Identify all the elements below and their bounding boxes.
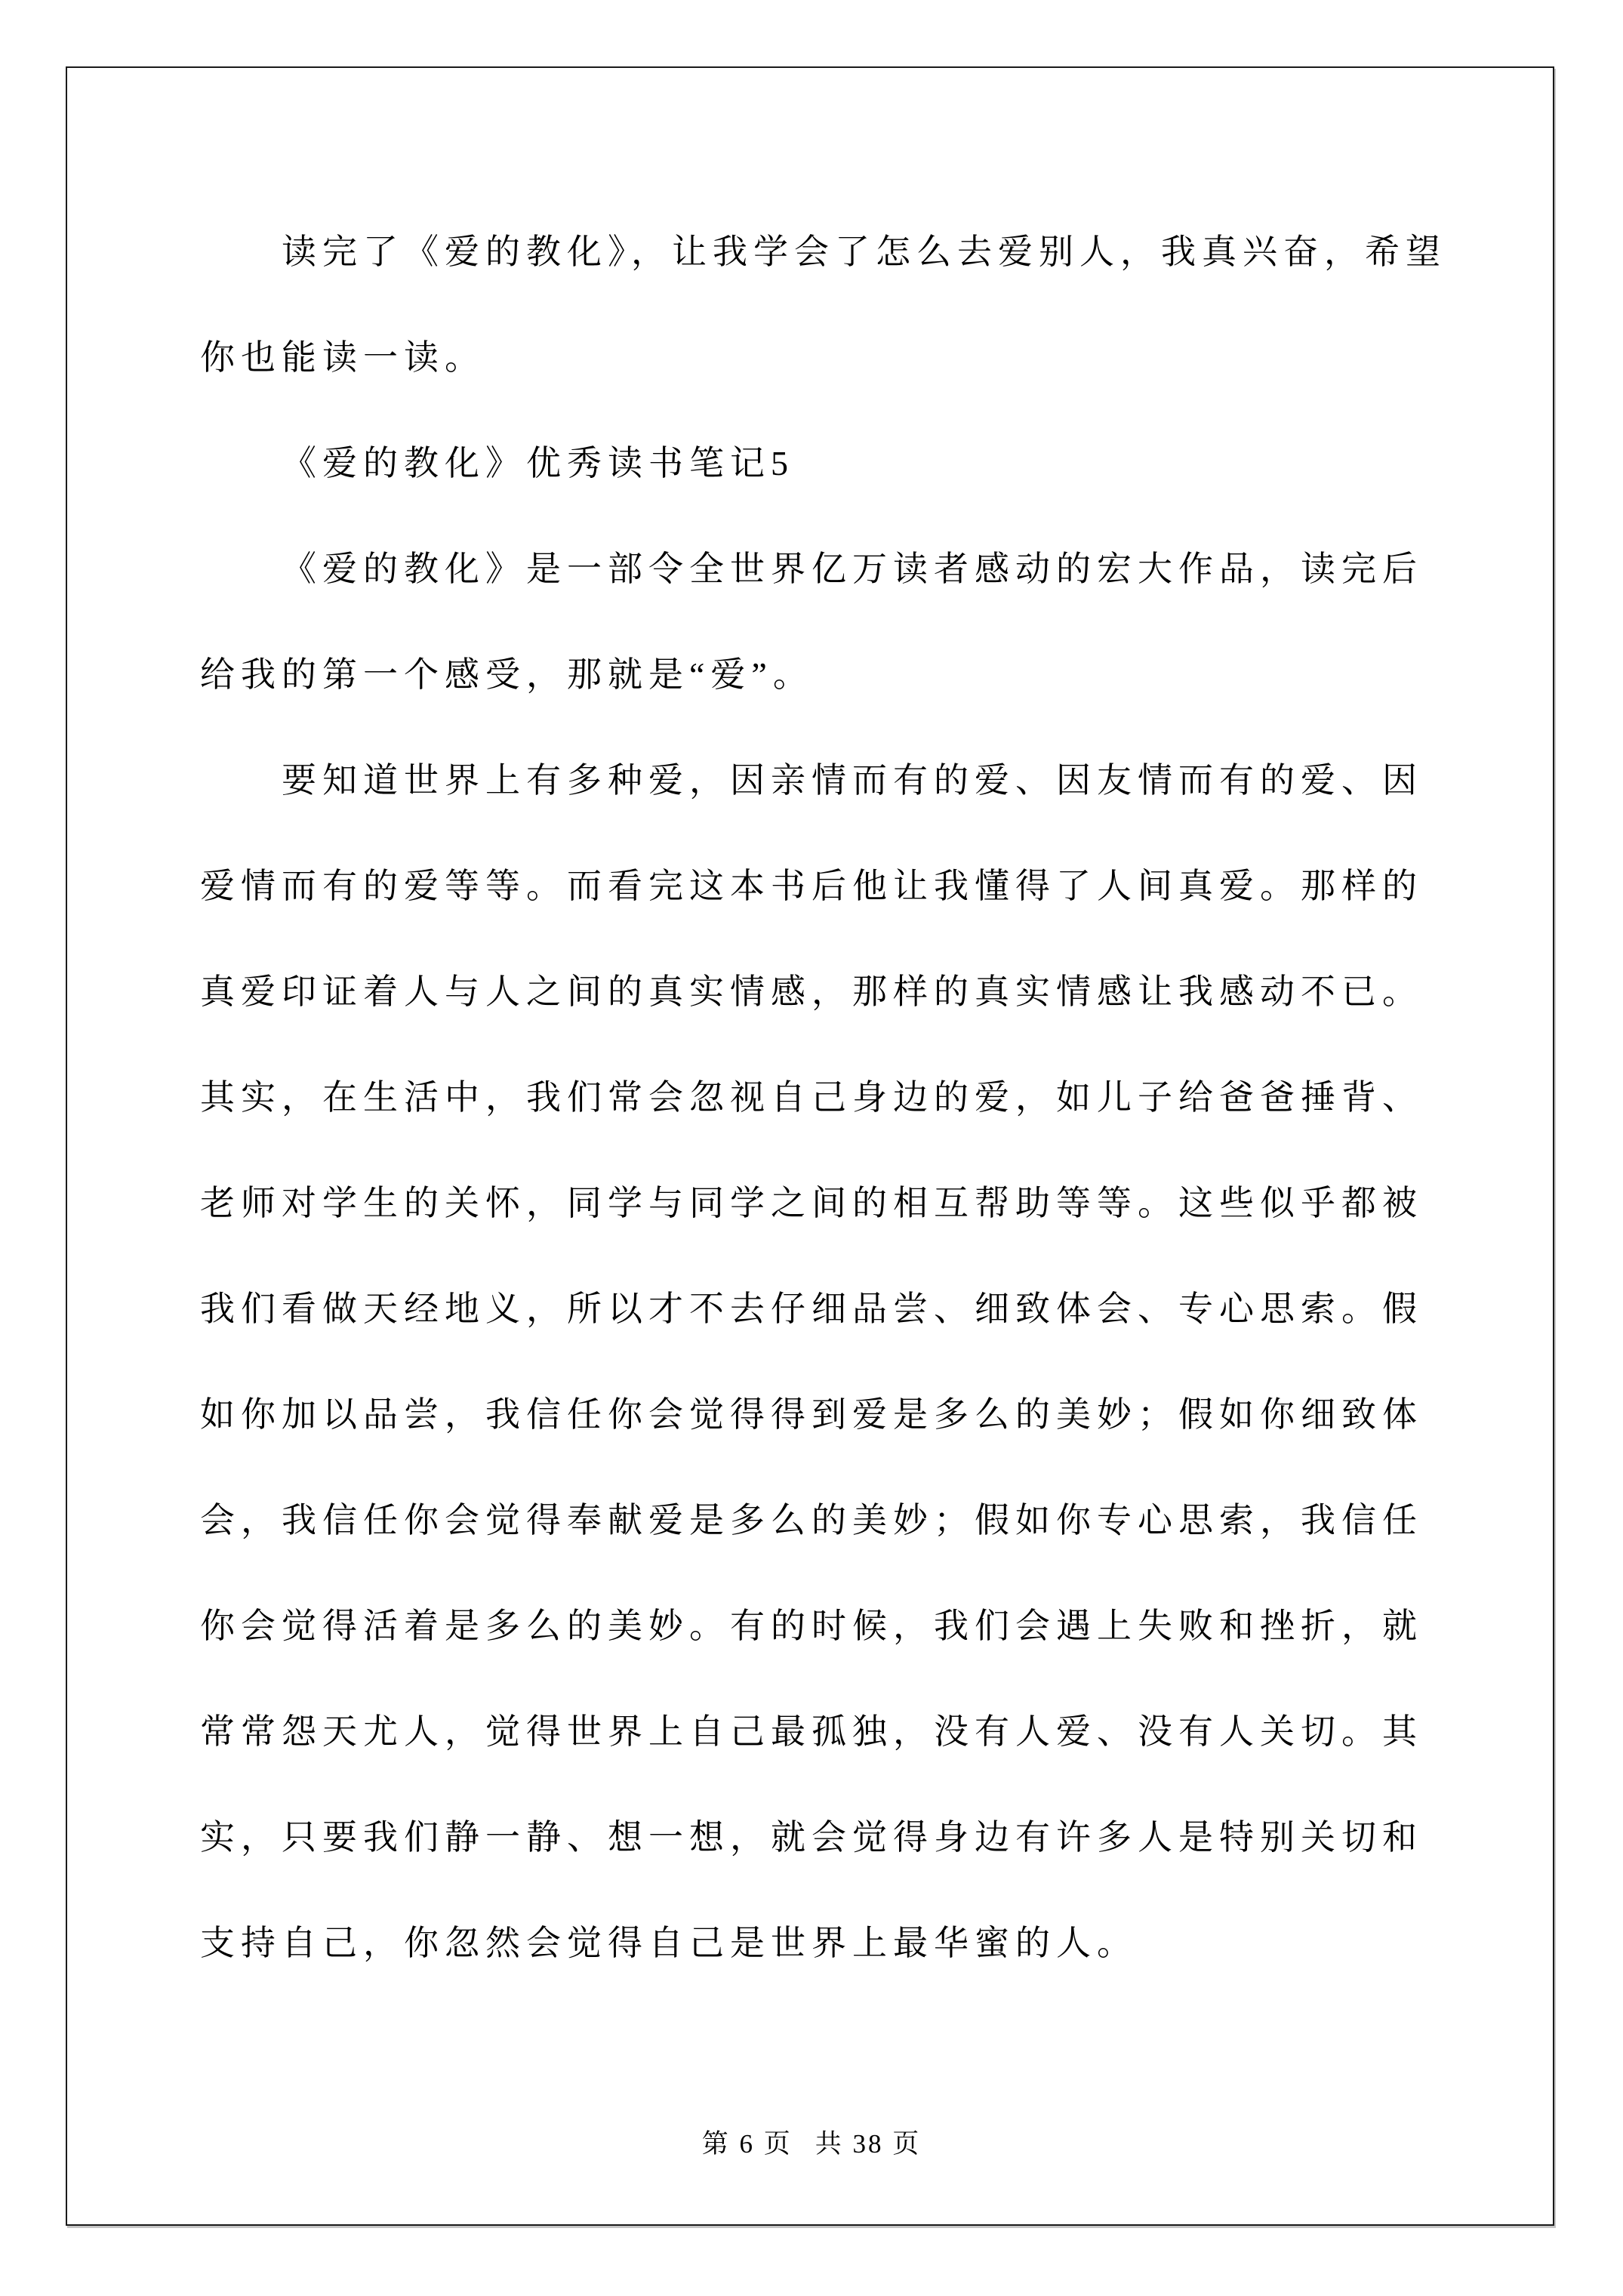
- text-line: 其实，在生活中，我们常会忽视自己身边的爱，如儿子给爸爸捶背、: [200, 1045, 1446, 1151]
- footer-page-number: 第 6 页: [702, 2129, 793, 2159]
- text-block: 读完了《爱的教化》，让我学会了怎么去爱别人，我真兴奋，希望你也能读一读。《爱的教…: [200, 199, 1446, 1996]
- text-line: 爱情而有的爱等等。而看完这本书后他让我懂得了人间真爱。那样的: [200, 834, 1446, 939]
- text-line: 实，只要我们静一静、想一想，就会觉得身边有许多人是特别关切和: [200, 1785, 1446, 1891]
- text-line: 支持自己，你忽然会觉得自己是世界上最华蜜的人。: [200, 1891, 1446, 1996]
- text-line: 给我的第一个感受，那就是“爱”。: [200, 622, 1446, 728]
- text-line: 要知道世界上有多种爱，因亲情而有的爱、因友情而有的爱、因: [200, 728, 1446, 834]
- text-line: 我们看做天经地义，所以才不去仔细品尝、细致体会、专心思索。假: [200, 1256, 1446, 1362]
- text-line: 《爱的教化》优秀读书笔记5: [200, 411, 1446, 516]
- footer-total-pages: 共 38 页: [815, 2129, 922, 2159]
- text-line: 真爱印证着人与人之间的真实情感，那样的真实情感让我感动不已。: [200, 939, 1446, 1045]
- text-line: 你会觉得活着是多么的美妙。有的时候，我们会遇上失败和挫折，就: [200, 1573, 1446, 1679]
- text-line: 会，我信任你会觉得奉献爱是多么的美妙；假如你专心思索，我信任: [200, 1468, 1446, 1573]
- text-line: 《爱的教化》是一部令全世界亿万读者感动的宏大作品，读完后: [200, 516, 1446, 622]
- text-line: 常常怨天尤人，觉得世界上自己最孤独，没有人爱、没有人关切。其: [200, 1679, 1446, 1785]
- text-line: 读完了《爱的教化》，让我学会了怎么去爱别人，我真兴奋，希望: [200, 199, 1446, 305]
- page-footer: 第 6 页共 38 页: [0, 2123, 1623, 2161]
- text-line: 老师对学生的关怀，同学与同学之间的相互帮助等等。这些似乎都被: [200, 1151, 1446, 1256]
- text-line: 你也能读一读。: [200, 305, 1446, 411]
- text-line: 如你加以品尝，我信任你会觉得得到爱是多么的美妙；假如你细致体: [200, 1362, 1446, 1468]
